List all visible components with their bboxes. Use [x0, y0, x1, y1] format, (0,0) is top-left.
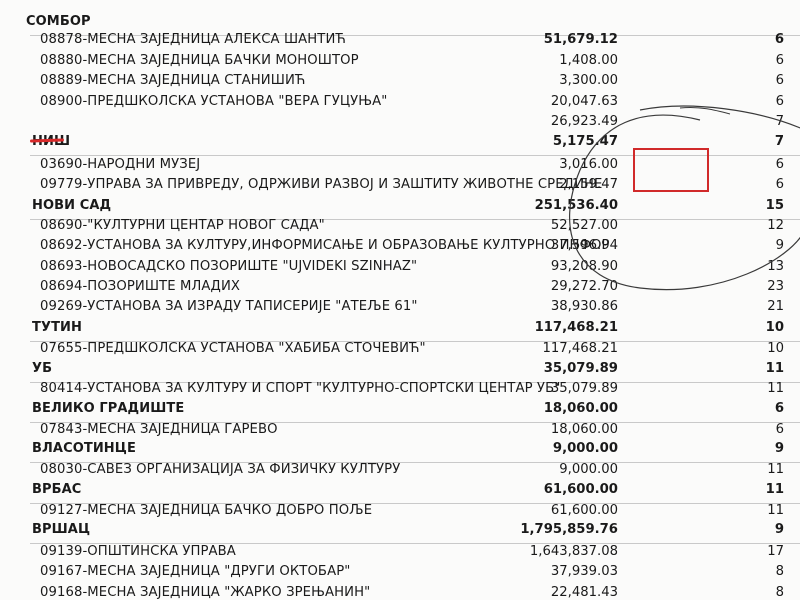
institution-name: 08889-МЕСНА ЗАЈЕДНИЦА СТАНИШИЋ [40, 73, 305, 88]
group-row: ВЕЛИКО ГРАДИШТЕ18,060.006 [0, 401, 800, 422]
institution-name: 08880-МЕСНА ЗАЈЕДНИЦА БАЧКИ МОНОШТОР [40, 53, 359, 68]
count: 11 [744, 361, 784, 376]
count: 9 [744, 238, 784, 253]
amount: 18,060.00 [551, 422, 618, 437]
table-row: 08690-"КУЛТУРНИ ЦЕНТАР НОВОГ САДА"52,527… [0, 218, 800, 239]
municipality-name: СОМБОР [26, 14, 91, 29]
amount: 9,000.00 [559, 462, 618, 477]
table-row: 07655-ПРЕДШКОЛСКА УСТАНОВА "ХАБИБА СТОЧЕ… [0, 341, 800, 362]
count: 12 [744, 218, 784, 233]
institution-name: 09269-УСТАНОВА ЗА ИЗРАДУ ТАПИСЕРИЈЕ "АТЕ… [40, 299, 418, 314]
count: 21 [744, 299, 784, 314]
amount: 51,679.12 [544, 32, 618, 47]
count: 17 [744, 544, 784, 559]
table-row: 08694-ПОЗОРИШТЕ МЛАДИХ29,272.7023 [0, 279, 800, 300]
amount: 37,939.03 [551, 564, 618, 579]
count: 13 [744, 259, 784, 274]
count: 10 [744, 341, 784, 356]
municipality-name: ВЛАСОТИНЦЕ [32, 441, 136, 456]
count: 8 [744, 564, 784, 579]
count: 6 [744, 177, 784, 192]
group-row: ВРБАС61,600.0011 [0, 482, 800, 503]
count: 10 [744, 320, 784, 335]
amount: 52,527.00 [551, 218, 618, 233]
table-row: 09167-МЕСНА ЗАЈЕДНИЦА "ДРУГИ ОКТОБАР"37,… [0, 564, 800, 585]
amount: 26,923.49 [551, 114, 618, 129]
group-row: ВРШАЦ1,795,859.769 [0, 522, 800, 543]
count: 6 [744, 94, 784, 109]
count: 7 [744, 134, 784, 149]
count: 7 [744, 114, 784, 129]
institution-name: 09167-МЕСНА ЗАЈЕДНИЦА "ДРУГИ ОКТОБАР" [40, 564, 350, 579]
municipality-name: ВРШАЦ [32, 522, 90, 537]
institution-name: 80414-УСТАНОВА ЗА КУЛТУРУ И СПОРТ "КУЛТУ… [40, 381, 560, 396]
amount: 61,600.00 [544, 482, 618, 497]
amount: 22,481.43 [551, 585, 618, 600]
amount: 1,795,859.76 [520, 522, 618, 537]
amount: 251,536.40 [535, 198, 618, 213]
table-row: 07843-МЕСНА ЗАЈЕДНИЦА ГАРЕВО18,060.006 [0, 422, 800, 443]
amount: 29,272.70 [551, 279, 618, 294]
table-row: 08880-МЕСНА ЗАЈЕДНИЦА БАЧКИ МОНОШТОР1,40… [0, 53, 800, 74]
group-row: НОВИ САД251,536.4015 [0, 198, 800, 219]
group-row: УБ35,079.8911 [0, 361, 800, 382]
amount: 117,468.21 [542, 341, 618, 356]
table-row: 08889-МЕСНА ЗАЈЕДНИЦА СТАНИШИЋ3,300.006 [0, 73, 800, 94]
municipality-name: НОВИ САД [32, 198, 111, 213]
amount: 18,060.00 [544, 401, 618, 416]
institution-name: 03690-НАРОДНИ МУЗЕЈ [40, 157, 200, 172]
amount: 93,208.90 [551, 259, 618, 274]
count: 6 [744, 422, 784, 437]
institution-name: 07843-МЕСНА ЗАЈЕДНИЦА ГАРЕВО [40, 422, 278, 437]
amount: 3,016.00 [559, 157, 618, 172]
amount: 5,175.47 [553, 134, 618, 149]
count: 11 [744, 503, 784, 518]
amount: 38,930.86 [551, 299, 618, 314]
amount: 9,000.00 [553, 441, 618, 456]
table-row: 08878-МЕСНА ЗАЈЕДНИЦА АЛЕКСА ШАНТИЋ51,67… [0, 32, 800, 53]
municipality-name: ТУТИН [32, 320, 82, 335]
amount: 35,079.89 [551, 381, 618, 396]
institution-name: 08690-"КУЛТУРНИ ЦЕНТАР НОВОГ САДА" [40, 218, 325, 233]
red-box-annotation [633, 148, 709, 192]
institution-name: 09779-УПРАВА ЗА ПРИВРЕДУ, ОДРЖИВИ РАЗВОЈ… [40, 177, 602, 192]
scanned-document: СОМБОР08878-МЕСНА ЗАЈЕДНИЦА АЛЕКСА ШАНТИ… [0, 0, 800, 600]
group-row: ТУТИН117,468.2110 [0, 320, 800, 341]
count: 9 [744, 522, 784, 537]
count: 15 [744, 198, 784, 213]
amount: 1,408.00 [559, 53, 618, 68]
municipality-name: УБ [32, 361, 52, 376]
count: 23 [744, 279, 784, 294]
count: 11 [744, 462, 784, 477]
institution-name: 08878-МЕСНА ЗАЈЕДНИЦА АЛЕКСА ШАНТИЋ [40, 32, 346, 47]
count: 6 [744, 73, 784, 88]
institution-name: 09127-МЕСНА ЗАЈЕДНИЦА БАЧКО ДОБРО ПОЉЕ [40, 503, 372, 518]
count: 8 [744, 585, 784, 600]
institution-name: 08692-УСТАНОВА ЗА КУЛТУРУ,ИНФОРМИСАЊЕ И … [40, 238, 610, 253]
institution-name: 07655-ПРЕДШКОЛСКА УСТАНОВА "ХАБИБА СТОЧЕ… [40, 341, 426, 356]
table-row: 08693-НОВОСАДСКО ПОЗОРИШТЕ "UJVIDEKI SZI… [0, 259, 800, 280]
amount: 61,600.00 [551, 503, 618, 518]
table-row: 09168-МЕСНА ЗАЈЕДНИЦА "ЖАРКО ЗРЕЊАНИН"22… [0, 585, 800, 600]
municipality-name: ВРБАС [32, 482, 81, 497]
table-row: 08692-УСТАНОВА ЗА КУЛТУРУ,ИНФОРМИСАЊЕ И … [0, 238, 800, 259]
amount: 35,079.89 [544, 361, 618, 376]
count: 6 [744, 32, 784, 47]
institution-name: 08900-ПРЕДШКОЛСКА УСТАНОВА "ВЕРА ГУЦУЊА" [40, 94, 387, 109]
count: 6 [744, 401, 784, 416]
count: 6 [744, 53, 784, 68]
table-row: 09139-ОПШТИНСКА УПРАВА1,643,837.0817 [0, 544, 800, 565]
table-row: 26,923.497 [0, 114, 800, 135]
amount: 2,159.47 [559, 177, 618, 192]
group-row: ВЛАСОТИНЦЕ9,000.009 [0, 441, 800, 462]
amount: 20,047.63 [551, 94, 618, 109]
municipality-name: ВЕЛИКО ГРАДИШТЕ [32, 401, 184, 416]
institution-name: 09168-МЕСНА ЗАЈЕДНИЦА "ЖАРКО ЗРЕЊАНИН" [40, 585, 370, 600]
table-row: 08030-САВЕЗ ОРГАНИЗАЦИЈА ЗА ФИЗИЧКУ КУЛТ… [0, 462, 800, 483]
table-row: 09269-УСТАНОВА ЗА ИЗРАДУ ТАПИСЕРИЈЕ "АТЕ… [0, 299, 800, 320]
table-row: 09127-МЕСНА ЗАЈЕДНИЦА БАЧКО ДОБРО ПОЉЕ61… [0, 503, 800, 524]
count: 6 [744, 157, 784, 172]
institution-name: 08694-ПОЗОРИШТЕ МЛАДИХ [40, 279, 240, 294]
count: 11 [744, 381, 784, 396]
table-row: 80414-УСТАНОВА ЗА КУЛТУРУ И СПОРТ "КУЛТУ… [0, 381, 800, 402]
amount: 3,300.00 [559, 73, 618, 88]
institution-name: 08693-НОВОСАДСКО ПОЗОРИШТЕ "UJVIDEKI SZI… [40, 259, 417, 274]
amount: 1,643,837.08 [530, 544, 618, 559]
count: 11 [744, 482, 784, 497]
amount: 37,596.94 [551, 238, 618, 253]
institution-name: 08030-САВЕЗ ОРГАНИЗАЦИЈА ЗА ФИЗИЧКУ КУЛТ… [40, 462, 400, 477]
amount: 117,468.21 [535, 320, 618, 335]
institution-name: 09139-ОПШТИНСКА УПРАВА [40, 544, 236, 559]
count: 9 [744, 441, 784, 456]
table-row: 08900-ПРЕДШКОЛСКА УСТАНОВА "ВЕРА ГУЦУЊА"… [0, 94, 800, 115]
